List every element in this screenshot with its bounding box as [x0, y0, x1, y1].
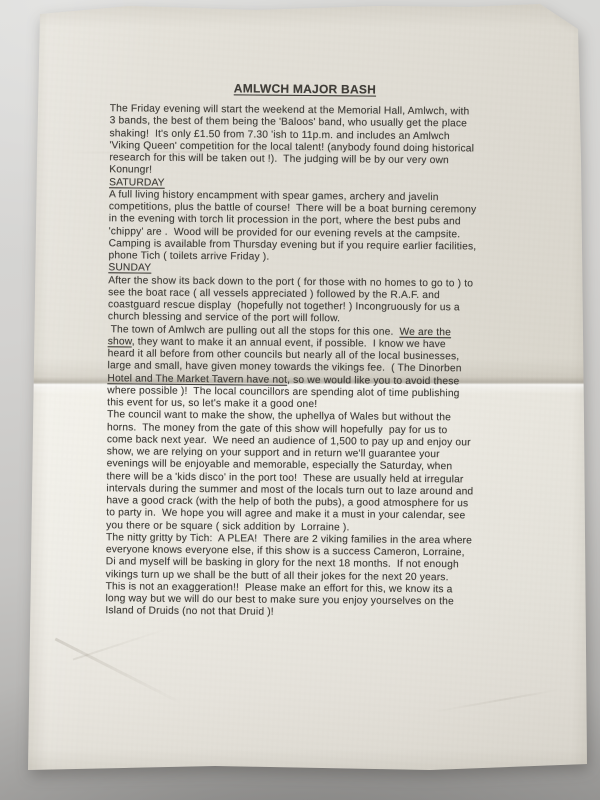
- paper-sheet: AMLWCH MAJOR BASH The Friday evening wil…: [0, 0, 600, 800]
- document-text: AMLWCH MAJOR BASH The Friday evening wil…: [105, 81, 526, 621]
- document-body: The Friday evening will start the weeken…: [105, 103, 525, 621]
- document-title: AMLWCH MAJOR BASH: [110, 81, 500, 97]
- photo-background: AMLWCH MAJOR BASH The Friday evening wil…: [0, 0, 600, 800]
- paper-shadow-wrap: AMLWCH MAJOR BASH The Friday evening wil…: [0, 0, 600, 800]
